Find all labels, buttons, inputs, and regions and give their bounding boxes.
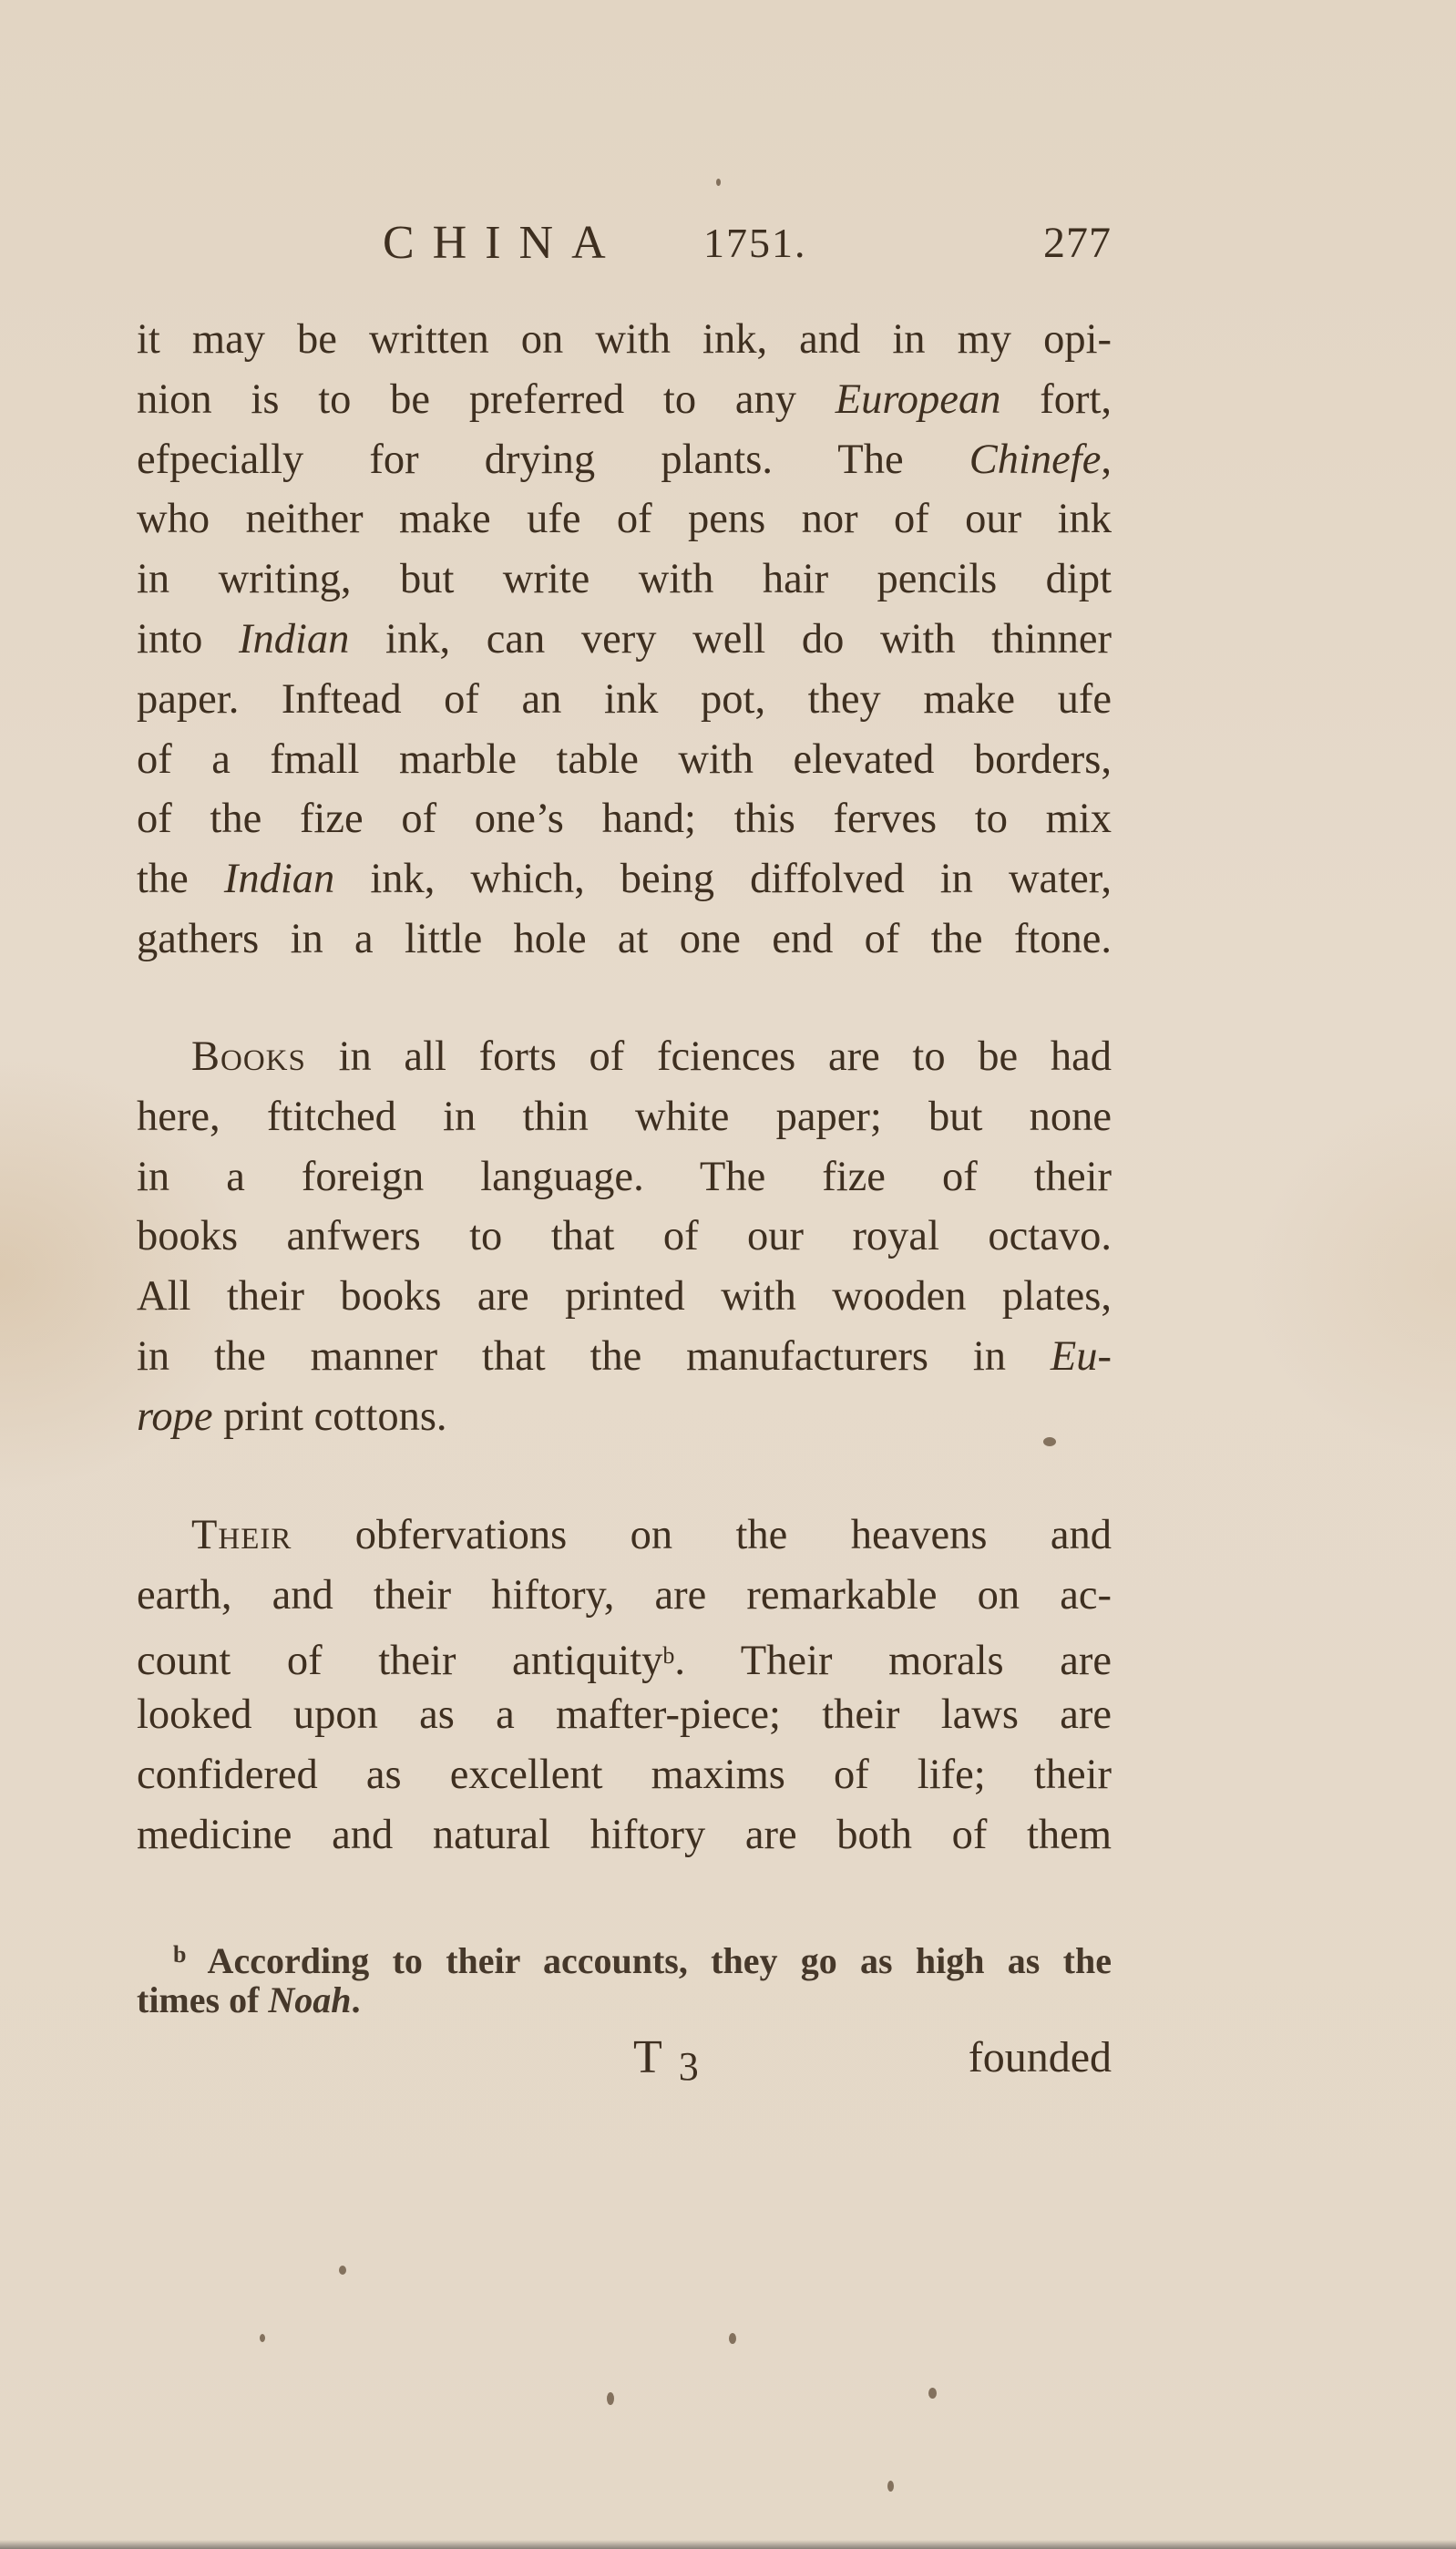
line-text: gathers in a little hole at one end of t… — [137, 916, 1112, 962]
signature-letter: T — [633, 2031, 662, 2083]
italic-word: Indian — [239, 616, 349, 663]
line-text: fort, — [1000, 376, 1112, 423]
paper-speck — [928, 2388, 937, 2399]
italic-word: Chinefe — [969, 437, 1102, 483]
text-line: count of their antiquityb. Their morals … — [137, 1626, 1112, 1686]
line-text: in a foreign language. The fize of their — [137, 1154, 1112, 1200]
line-text: medicine and natural hiftory are both of… — [137, 1812, 1112, 1858]
text-line: Books in all forts of fciences are to be… — [137, 1027, 1112, 1087]
text-line: into Indian ink, can very well do with t… — [137, 610, 1112, 670]
text-line: of a fmall marble table with elevated bo… — [137, 730, 1112, 790]
line-text: efpecially for drying plants. The — [137, 437, 969, 483]
book-page: CHINA 1751. 277 it may be written on wit… — [0, 0, 1456, 2549]
paper-speck — [260, 2334, 265, 2342]
paper-speck — [339, 2266, 346, 2275]
footnote-text: . — [352, 1979, 361, 2020]
line-text: in all forts of fciences are to be had — [306, 1033, 1112, 1080]
text-line: in writing, but write with hair pencils … — [137, 550, 1112, 610]
line-text: ink, which, being diffolved in water, — [334, 856, 1112, 902]
paper-speck — [1043, 1437, 1056, 1446]
text-line: in a foreign language. The fize of their — [137, 1147, 1112, 1208]
text-line: here, ftitched in thin white paper; but … — [137, 1087, 1112, 1147]
line-text: of a fmall marble table with elevated bo… — [137, 736, 1112, 783]
line-text: confidered as excellent maxims of life; … — [137, 1752, 1112, 1798]
text-line: looked upon as a mafter-piece; their law… — [137, 1685, 1112, 1745]
italic-word: European — [836, 376, 1001, 423]
text-line: gathers in a little hole at one end of t… — [137, 910, 1112, 970]
text-line: books anfwers to that of our royal octav… — [137, 1207, 1112, 1267]
text-line: in the manner that the manufacturers in … — [137, 1327, 1112, 1387]
line-text: books anfwers to that of our royal octav… — [137, 1213, 1112, 1259]
line-text: in writing, but write with hair pencils … — [137, 556, 1112, 602]
smallcaps-lead: Books — [191, 1033, 306, 1080]
footnote-marker: b — [173, 1941, 186, 1968]
text-line: efpecially for drying plants. The Chinef… — [137, 430, 1112, 490]
italic-word: Indian — [224, 856, 334, 902]
text-line: All their books are printed with wooden … — [137, 1267, 1112, 1327]
footnote-text: According to their accounts, they go as … — [186, 1940, 1112, 1981]
text-line: earth, and their hiftory, are remarkable… — [137, 1566, 1112, 1626]
line-text: nion is to be preferred to any — [137, 376, 836, 423]
line-text: here, ftitched in thin white paper; but … — [137, 1094, 1112, 1140]
running-head-year: 1751. — [703, 211, 807, 275]
line-text: in the manner that the manufacturers in — [137, 1333, 1051, 1380]
signature-mark: T3 — [633, 2030, 699, 2087]
line-text: it may be written on with ink, and in my… — [137, 316, 1112, 363]
italic-word: Eu- — [1051, 1333, 1112, 1380]
footnote-text: times of — [137, 1979, 268, 2020]
text-line: Their obfervations on the heavens and — [137, 1506, 1112, 1566]
footnote-reference: b — [662, 1642, 674, 1669]
footnote-line: b According to their accounts, they go a… — [137, 1932, 1112, 1978]
running-head: CHINA 1751. 277 — [137, 211, 1112, 275]
text-line: paper. Inftead of an ink pot, they make … — [137, 670, 1112, 730]
text-line: medicine and natural hiftory are both of… — [137, 1805, 1112, 1865]
line-text: print cottons. — [213, 1393, 447, 1440]
footnote-line: times of Noah. — [137, 1978, 1112, 2023]
italic-word: rope — [137, 1393, 213, 1440]
paper-speck — [607, 2392, 614, 2405]
paragraph-1: it may be written on with ink, and in my… — [137, 310, 1112, 970]
paper-speck — [729, 2333, 736, 2344]
page-number: 277 — [1043, 211, 1112, 275]
footnote: b According to their accounts, they go a… — [137, 1932, 1112, 2023]
paragraph-3: Their obfervations on the heavens and ea… — [137, 1506, 1112, 1865]
text-line: it may be written on with ink, and in my… — [137, 310, 1112, 370]
text-line: of the fize of one’s hand; this ferves t… — [137, 789, 1112, 849]
line-text: who neither make ufe of pens nor of our … — [137, 496, 1112, 542]
text-line: confidered as excellent maxims of life; … — [137, 1745, 1112, 1805]
paper-speck — [716, 179, 721, 186]
line-text: All their books are printed with wooden … — [137, 1273, 1112, 1320]
text-line: the Indian ink, which, being diffolved i… — [137, 849, 1112, 910]
paragraph-2: Books in all forts of fciences are to be… — [137, 1027, 1112, 1447]
page-bottom-edge — [0, 2540, 1456, 2549]
line-text: . Their morals are — [674, 1638, 1112, 1684]
smallcaps-lead: Their — [191, 1512, 292, 1558]
line-text: earth, and their hiftory, are remarkable… — [137, 1572, 1112, 1619]
text-line: rope print cottons. — [137, 1387, 1112, 1447]
line-text: , — [1101, 437, 1112, 483]
line-text: of the fize of one’s hand; this ferves t… — [137, 796, 1112, 842]
signature-number: 3 — [679, 2044, 699, 2089]
paper-speck — [887, 2481, 894, 2492]
text-line: nion is to be preferred to any European … — [137, 370, 1112, 430]
line-text: the — [137, 856, 224, 902]
line-text: into — [137, 616, 239, 663]
line-text: count of their antiquity — [137, 1638, 662, 1684]
text-line: who neither make ufe of pens nor of our … — [137, 489, 1112, 550]
italic-word: Noah — [268, 1979, 351, 2020]
running-head-title: CHINA — [383, 211, 624, 275]
line-text: obfervations on the heavens and — [292, 1512, 1112, 1558]
line-text: paper. Inftead of an ink pot, they make … — [137, 676, 1112, 723]
line-text: looked upon as a mafter-piece; their law… — [137, 1691, 1112, 1738]
catchword: founded — [969, 2030, 1112, 2085]
line-text: ink, can very well do with thinner — [349, 616, 1112, 663]
